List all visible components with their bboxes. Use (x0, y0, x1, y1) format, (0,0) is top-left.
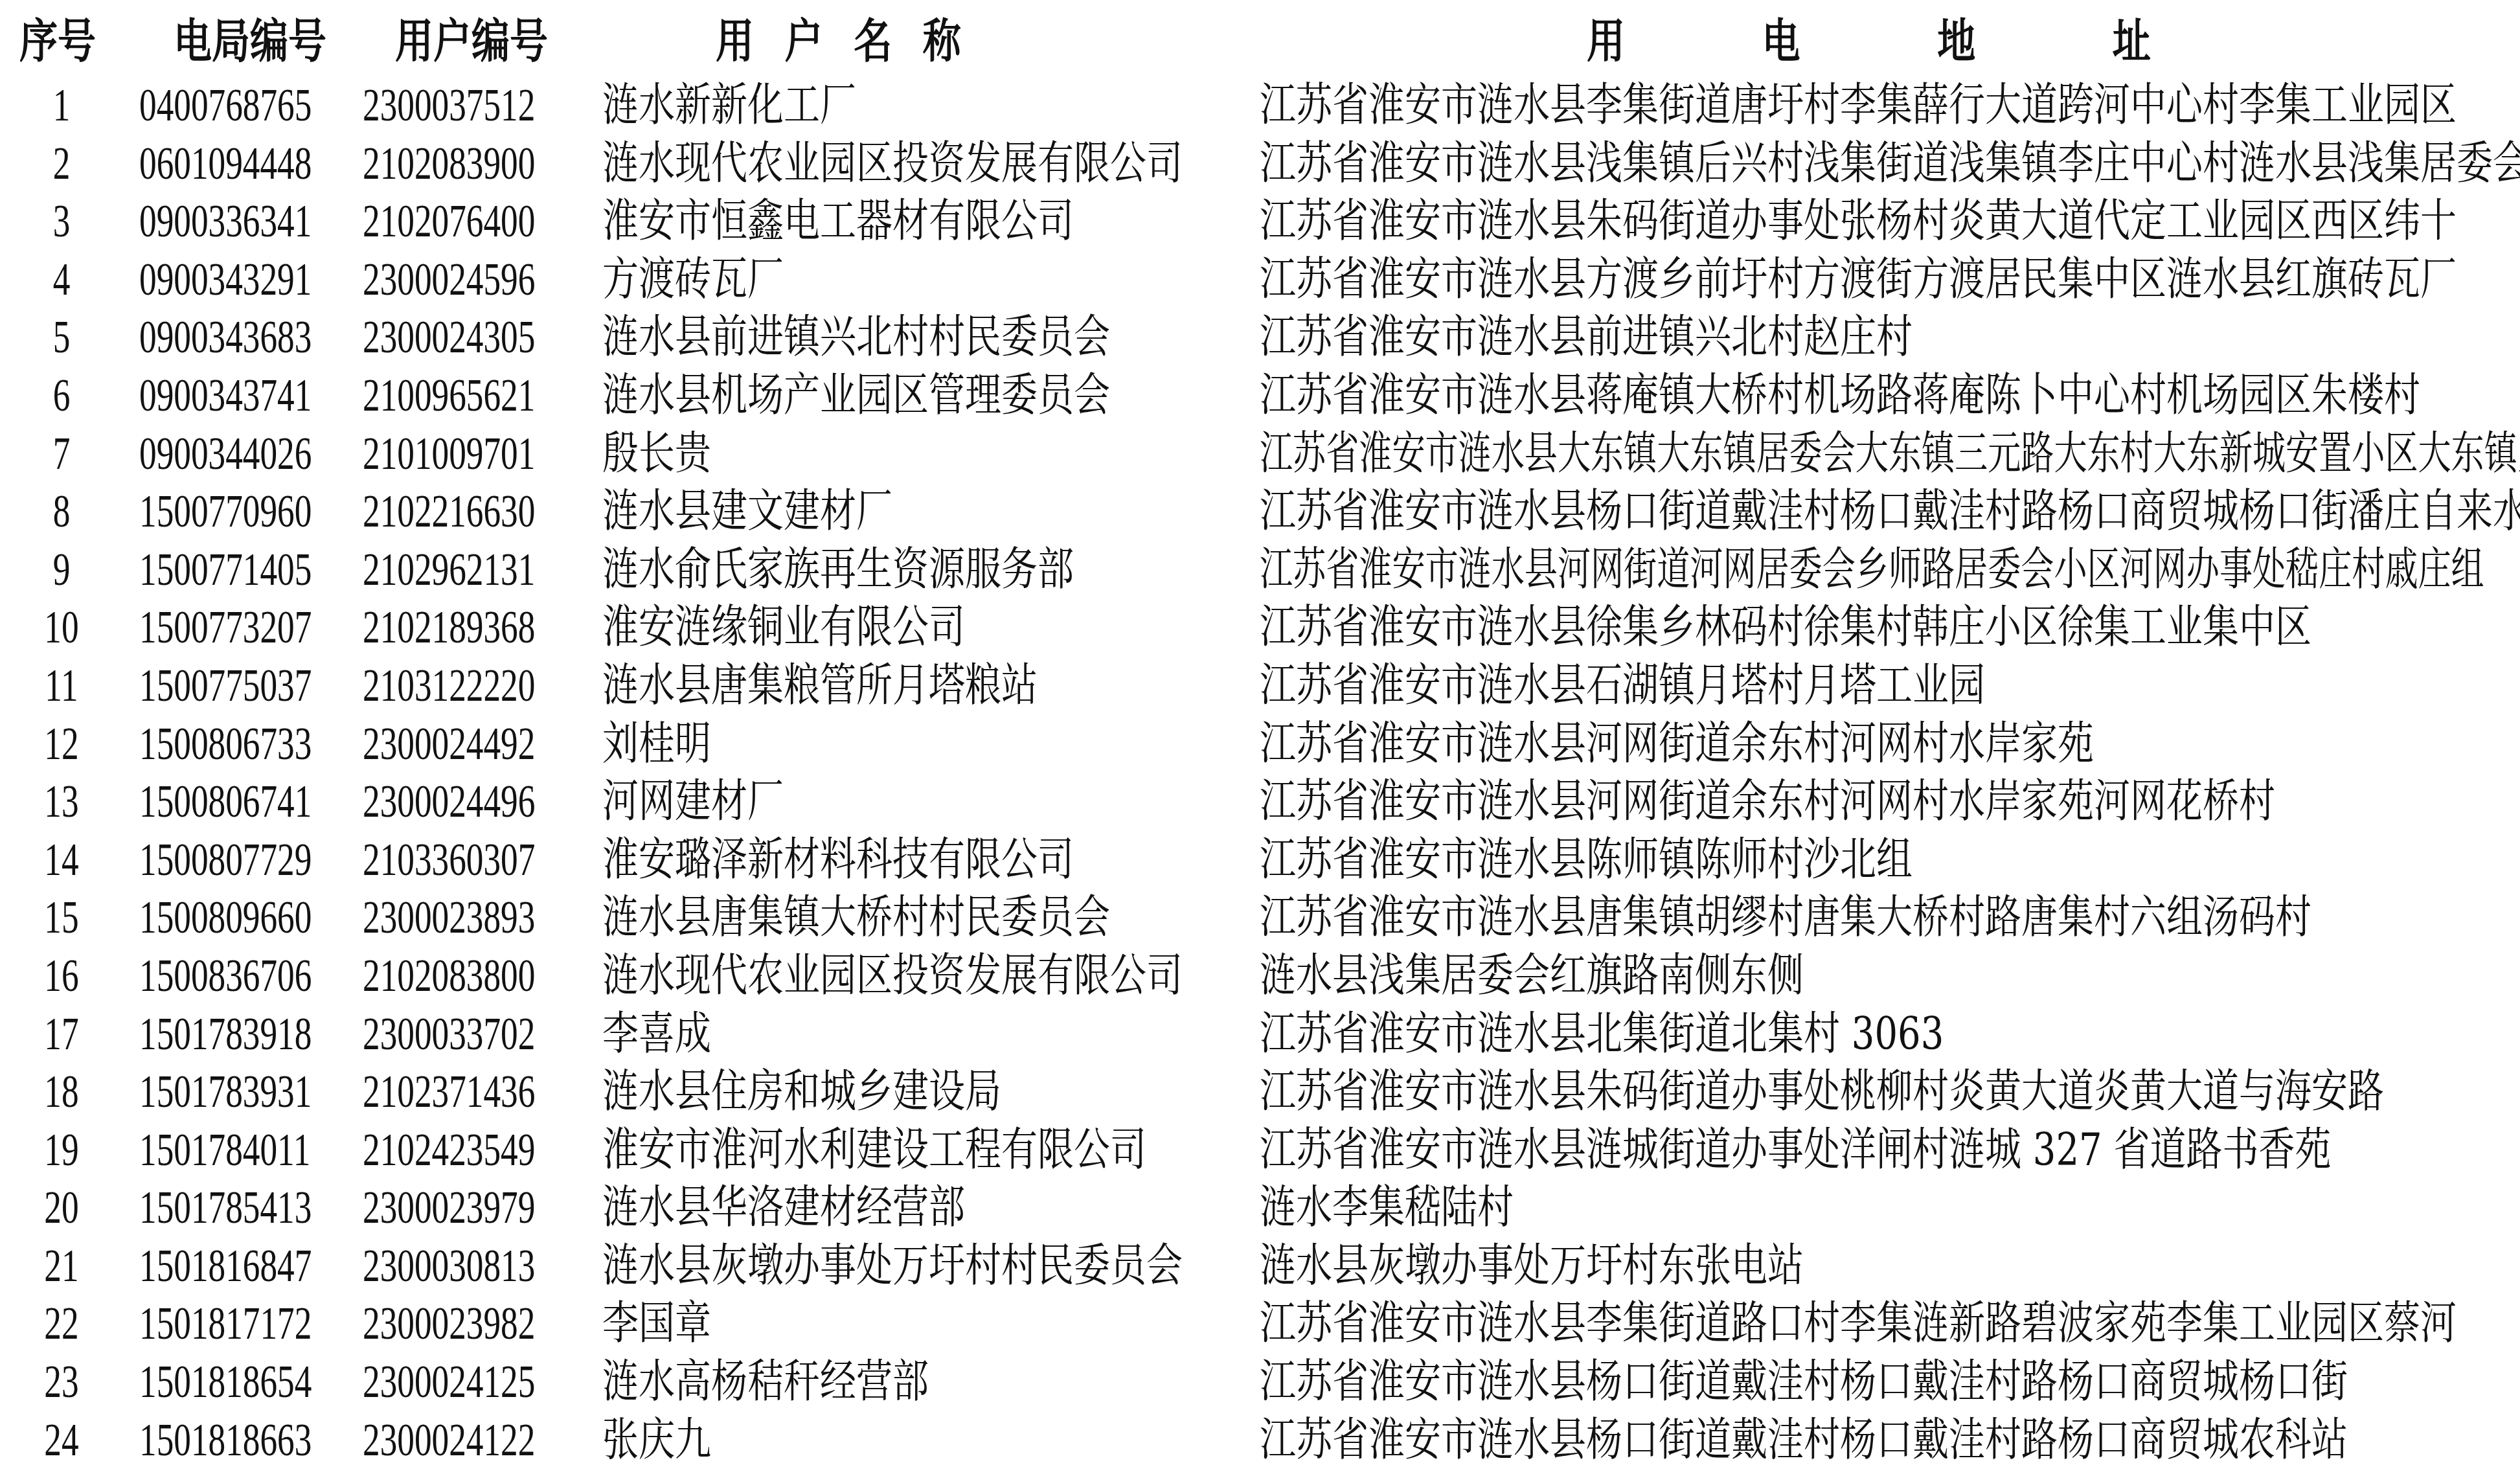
table-row: 18 1501783931 2102371436 涟水县住房和城乡建设局 江苏省… (0, 1063, 2520, 1121)
table-row: 16 1500836706 2102083800 涟水现代农业园区投资发展有限公… (0, 947, 2520, 1005)
table-row: 13 1500806741 2300024496 河网建材厂 江苏省淮安市涟水县… (0, 773, 2520, 831)
cell-address: 江苏省淮安市涟水县陈师镇陈师村沙北组 (1260, 831, 1913, 889)
cell-seq: 18 (16, 1063, 108, 1121)
cell-user-name: 李喜成 (602, 1005, 711, 1063)
cell-user-no: 2300037512 (363, 76, 535, 135)
header-address: 用电地址 (1587, 12, 2287, 70)
cell-seq: 22 (16, 1295, 108, 1353)
cell-address: 涟水李集嵇陆村 (1260, 1179, 1514, 1237)
cell-seq: 17 (16, 1005, 108, 1063)
table-row: 7 0900344026 2101009701 殷长贵 江苏省淮安市涟水县大东镇… (0, 425, 2520, 483)
cell-user-name: 李国章 (602, 1295, 711, 1353)
table-body: 1 0400768765 2300037512 涟水新新化工厂 江苏省淮安市涟水… (0, 76, 2520, 1465)
cell-seq: 4 (16, 251, 108, 309)
cell-user-no: 2101009701 (363, 425, 535, 483)
cell-bureau-no: 0900343291 (139, 251, 312, 309)
cell-user-no: 2102083800 (363, 947, 535, 1005)
cell-address: 江苏省淮安市涟水县前进镇兴北村赵庄村 (1260, 308, 1913, 367)
cell-address: 江苏省淮安市涟水县河网街道余东村河网村水岸家苑河网花桥村 (1260, 773, 2275, 831)
cell-user-no: 2100965621 (363, 367, 535, 425)
cell-address: 江苏省淮安市涟水县杨口街道戴洼村杨口戴洼村路杨口商贸城杨口街潘庄自来水厂旁 (1260, 483, 2520, 541)
cell-bureau-no: 1500807729 (139, 831, 312, 889)
cell-seq: 3 (16, 192, 108, 251)
cell-user-no: 2300024496 (363, 773, 535, 831)
header-seq: 序号 (19, 12, 96, 70)
cell-seq: 14 (16, 831, 108, 889)
cell-bureau-no: 1500806741 (139, 773, 312, 831)
cell-bureau-no: 1501817172 (139, 1295, 312, 1353)
cell-address: 江苏省淮安市涟水县唐集镇胡缪村唐集大桥村路唐集村六组汤码村 (1260, 889, 2311, 947)
cell-user-name: 涟水现代农业园区投资发展有限公司 (602, 135, 1183, 193)
table-row: 3 0900336341 2102076400 淮安市恒鑫电工器材有限公司 江苏… (0, 192, 2520, 251)
cell-address: 江苏省淮安市涟水县蒋庵镇大桥村机场路蒋庵陈卜中心村机场园区朱楼村 (1260, 367, 2420, 425)
cell-seq: 16 (16, 947, 108, 1005)
cell-user-no: 2102371436 (363, 1063, 535, 1121)
cell-bureau-no: 1501784011 (139, 1121, 310, 1179)
cell-bureau-no: 1500836706 (139, 947, 312, 1005)
table-row: 2 0601094448 2102083900 涟水现代农业园区投资发展有限公司… (0, 135, 2520, 193)
cell-user-name: 涟水县唐集粮管所月塔粮站 (602, 657, 1038, 715)
cell-user-name: 淮安璐泽新材料科技有限公司 (602, 831, 1074, 889)
cell-seq: 1 (16, 76, 108, 135)
cell-user-name: 涟水县建文建材厂 (602, 483, 892, 541)
cell-address: 涟水县浅集居委会红旗路南侧东侧 (1260, 947, 1804, 1005)
table-row: 21 1501816847 2300030813 涟水县灰墩办事处万圩村村民委员… (0, 1237, 2520, 1295)
cell-user-name: 涟水县华洛建材经营部 (602, 1179, 965, 1237)
cell-seq: 13 (16, 773, 108, 831)
table-row: 12 1500806733 2300024492 刘桂明 江苏省淮安市涟水县河网… (0, 715, 2520, 773)
table-row: 11 1500775037 2103122220 涟水县唐集粮管所月塔粮站 江苏… (0, 657, 2520, 715)
cell-user-name: 殷长贵 (602, 425, 711, 483)
table-row: 8 1500770960 2102216630 涟水县建文建材厂 江苏省淮安市涟… (0, 483, 2520, 541)
table-row: 4 0900343291 2300024596 方渡砖瓦厂 江苏省淮安市涟水县方… (0, 251, 2520, 309)
table-row: 1 0400768765 2300037512 涟水新新化工厂 江苏省淮安市涟水… (0, 76, 2520, 135)
cell-user-name: 涟水县灰墩办事处万圩村村民委员会 (602, 1237, 1183, 1295)
table-row: 6 0900343741 2100965621 涟水县机场产业园区管理委员会 江… (0, 367, 2520, 425)
cell-address: 江苏省淮安市涟水县李集街道路口村李集涟新路碧波家苑李集工业园区蔡河 (1260, 1295, 2457, 1353)
cell-seq: 2 (16, 135, 108, 193)
table-row: 17 1501783918 2300033702 李喜成 江苏省淮安市涟水县北集… (0, 1005, 2520, 1063)
cell-user-name: 方渡砖瓦厂 (602, 251, 784, 309)
cell-user-no: 2300024596 (363, 251, 535, 309)
cell-user-no: 2300023893 (363, 889, 535, 947)
cell-bureau-no: 1500775037 (139, 657, 312, 715)
cell-address: 江苏省淮安市涟水县杨口街道戴洼村杨口戴洼村路杨口商贸城农科站 (1260, 1411, 2348, 1465)
cell-seq: 11 (16, 657, 108, 715)
cell-address: 江苏省淮安市涟水县朱码街道办事处桃柳村炎黄大道炎黄大道与海安路 (1260, 1063, 2384, 1121)
cell-bureau-no: 0900343741 (139, 367, 312, 425)
cell-address: 江苏省淮安市涟水县河网街道余东村河网村水岸家苑 (1260, 715, 2094, 773)
cell-seq: 10 (16, 598, 108, 657)
cell-user-no: 2300024305 (363, 308, 535, 367)
cell-address: 江苏省淮安市涟水县浅集镇后兴村浅集街道浅集镇李庄中心村涟水县浅集居委会 (1260, 135, 2520, 193)
cell-bureau-no: 1501818654 (139, 1353, 312, 1411)
cell-user-name: 涟水县唐集镇大桥村村民委员会 (602, 889, 1110, 947)
header-bureau-no: 电局编号 (174, 12, 326, 70)
cell-address: 江苏省淮安市涟水县方渡乡前圩村方渡街方渡居民集中区涟水县红旗砖瓦厂 (1260, 251, 2457, 309)
cell-address: 涟水县灰墩办事处万圩村东张电站 (1260, 1237, 1804, 1295)
cell-bureau-no: 0900344026 (139, 425, 312, 483)
cell-user-no: 2300024122 (363, 1411, 535, 1465)
cell-user-no: 2300024492 (363, 715, 535, 773)
cell-seq: 21 (16, 1237, 108, 1295)
cell-user-no: 2102189368 (363, 598, 535, 657)
customer-table-page: 序号 电局编号 用户编号 用户名称 用电地址 1 0400768765 2300… (0, 0, 2520, 1465)
cell-bureau-no: 0900336341 (139, 192, 312, 251)
cell-bureau-no: 1501785413 (139, 1179, 312, 1237)
cell-user-no: 2102216630 (363, 483, 535, 541)
cell-address: 江苏省淮安市涟水县河网街道河网居委会乡师路居委会小区河网办事处嵇庄村戚庄组 (1260, 541, 2484, 599)
cell-user-no: 2102076400 (363, 192, 535, 251)
cell-bureau-no: 0400768765 (139, 76, 312, 135)
table-row: 23 1501818654 2300024125 涟水高杨秸秆经营部 江苏省淮安… (0, 1353, 2520, 1411)
cell-user-name: 河网建材厂 (602, 773, 784, 831)
cell-user-name: 涟水县住房和城乡建设局 (602, 1063, 1001, 1121)
cell-user-name: 涟水县机场产业园区管理委员会 (602, 367, 1110, 425)
cell-seq: 24 (16, 1411, 108, 1465)
cell-seq: 20 (16, 1179, 108, 1237)
cell-bureau-no: 1500771405 (139, 541, 312, 599)
table-row: 9 1500771405 2102962131 涟水俞氏家族再生资源服务部 江苏… (0, 541, 2520, 599)
cell-user-name: 涟水县前进镇兴北村村民委员会 (602, 308, 1110, 367)
cell-address: 江苏省淮安市涟水县杨口街道戴洼村杨口戴洼村路杨口商贸城杨口街 (1260, 1353, 2348, 1411)
cell-user-name: 淮安市淮河水利建设工程有限公司 (602, 1121, 1146, 1179)
cell-seq: 9 (16, 541, 108, 599)
cell-user-no: 2103122220 (363, 657, 535, 715)
cell-address: 江苏省淮安市涟水县徐集乡林码村徐集村韩庄小区徐集工业集中区 (1260, 598, 2311, 657)
cell-user-name: 淮安市恒鑫电工器材有限公司 (602, 192, 1074, 251)
cell-user-name: 涟水俞氏家族再生资源服务部 (602, 541, 1074, 599)
table-row: 5 0900343683 2300024305 涟水县前进镇兴北村村民委员会 江… (0, 308, 2520, 367)
cell-address: 江苏省淮安市涟水县石湖镇月塔村月塔工业园 (1260, 657, 1985, 715)
cell-address: 江苏省淮安市涟水县涟城街道办事处洋闸村涟城 327 省道路书香苑 (1260, 1121, 2331, 1179)
cell-user-name: 涟水现代农业园区投资发展有限公司 (602, 947, 1183, 1005)
cell-bureau-no: 1501818663 (139, 1411, 312, 1465)
cell-seq: 7 (16, 425, 108, 483)
cell-address: 江苏省淮安市涟水县大东镇大东镇居委会大东镇三元路大东村大东新城安置小区大东镇皇圩… (1260, 425, 2520, 483)
cell-user-name: 刘桂明 (602, 715, 711, 773)
cell-bureau-no: 1500770960 (139, 483, 312, 541)
cell-user-no: 2300023982 (363, 1295, 535, 1353)
cell-seq: 15 (16, 889, 108, 947)
table-row: 15 1500809660 2300023893 涟水县唐集镇大桥村村民委员会 … (0, 889, 2520, 947)
table-row: 22 1501817172 2300023982 李国章 江苏省淮安市涟水县李集… (0, 1295, 2520, 1353)
table-row: 24 1501818663 2300024122 张庆九 江苏省淮安市涟水县杨口… (0, 1411, 2520, 1465)
header-user-no: 用户编号 (395, 12, 548, 70)
cell-bureau-no: 1501783931 (139, 1063, 312, 1121)
cell-bureau-no: 0601094448 (139, 135, 312, 193)
cell-user-name: 淮安涟缘铜业有限公司 (602, 598, 965, 657)
table-row: 10 1500773207 2102189368 淮安涟缘铜业有限公司 江苏省淮… (0, 598, 2520, 657)
cell-user-no: 2300024125 (363, 1353, 535, 1411)
cell-seq: 8 (16, 483, 108, 541)
cell-user-no: 2300030813 (363, 1237, 535, 1295)
cell-address: 江苏省淮安市涟水县朱码街道办事处张杨村炎黄大道代定工业园区西区纬十 (1260, 192, 2457, 251)
cell-seq: 23 (16, 1353, 108, 1411)
cell-user-no: 2300023979 (363, 1179, 535, 1237)
cell-user-name: 张庆九 (602, 1411, 711, 1465)
cell-address: 江苏省淮安市涟水县李集街道唐圩村李集薛行大道跨河中心村李集工业园区 (1260, 76, 2457, 135)
cell-seq: 19 (16, 1121, 108, 1179)
cell-bureau-no: 1501816847 (139, 1237, 312, 1295)
cell-seq: 12 (16, 715, 108, 773)
cell-bureau-no: 1500806733 (139, 715, 312, 773)
cell-address: 江苏省淮安市涟水县北集街道北集村 3063 (1260, 1005, 1944, 1063)
table-row: 20 1501785413 2300023979 涟水县华洛建材经营部 涟水李集… (0, 1179, 2520, 1237)
cell-user-name: 涟水新新化工厂 (602, 76, 856, 135)
cell-seq: 5 (16, 308, 108, 367)
cell-seq: 6 (16, 367, 108, 425)
table-row: 14 1500807729 2103360307 淮安璐泽新材料科技有限公司 江… (0, 831, 2520, 889)
cell-user-no: 2102423549 (363, 1121, 535, 1179)
cell-user-no: 2102962131 (363, 541, 535, 599)
cell-bureau-no: 0900343683 (139, 308, 312, 367)
cell-bureau-no: 1501783918 (139, 1005, 312, 1063)
table-row: 19 1501784011 2102423549 淮安市淮河水利建设工程有限公司… (0, 1121, 2520, 1179)
cell-bureau-no: 1500773207 (139, 598, 312, 657)
cell-user-no: 2300033702 (363, 1005, 535, 1063)
cell-user-no: 2102083900 (363, 135, 535, 193)
cell-user-name: 涟水高杨秸秆经营部 (602, 1353, 929, 1411)
cell-bureau-no: 1500809660 (139, 889, 312, 947)
header-user-name: 用户名称 (716, 12, 992, 70)
cell-user-no: 2103360307 (363, 831, 535, 889)
